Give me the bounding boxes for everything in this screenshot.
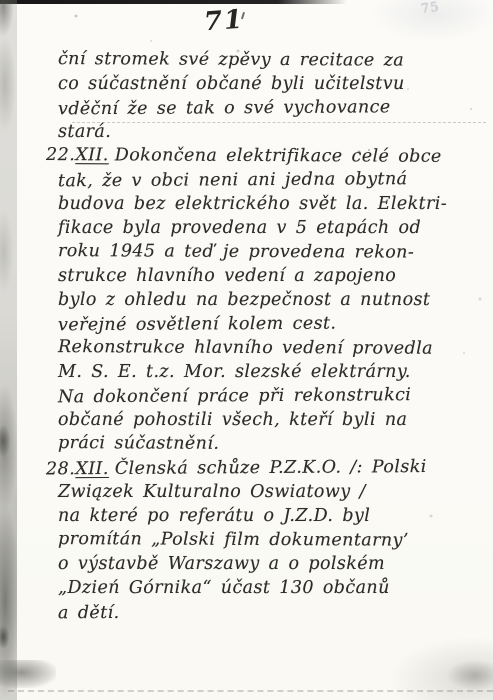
handwritten-line: budova bez elektrického svět la. Elektri… [58, 192, 483, 216]
entry-date-day: 28. [46, 459, 75, 479]
handwritten-line: co súčastnění občané byli učitelstvu [58, 72, 483, 96]
handwritten-line: „Dzień Górnika“ účast 130 občanů [58, 576, 483, 600]
handwritten-line: bylo z ohledu na bezpečnost a nutnost [58, 288, 483, 312]
handwritten-line: Rekonstrukce hlavního vedení provedla [58, 335, 483, 361]
handwritten-line: tak, že v obci neni ani jedna obytná [58, 167, 483, 194]
handwritten-line: Na dokončení práce při rekonstrukci [58, 383, 483, 410]
scan-edge-left [0, 0, 17, 700]
entry-date-month-roman: XII. [75, 459, 109, 479]
handwritten-line: práci súčastnění. [58, 431, 483, 457]
handwritten-line: Związek Kulturalno Oswiatowy / [58, 480, 483, 504]
handwritten-line: veřejné osvětlení kolem cest. [58, 311, 483, 338]
handwritten-line: občané pohostili všech, kteří byli na [58, 408, 483, 432]
handwritten-line: 28.XII.Členská schůze P.Z.K.O. /: Polski [46, 455, 483, 482]
scan-edge-top [0, 0, 347, 4]
entry-date-month-roman: XII. [75, 145, 109, 165]
handwritten-line: strukce hlavního vedení a zapojeno [58, 264, 483, 288]
handwritten-line: roku 1945 a teď je provedena rekon- [58, 239, 483, 265]
handwritten-text: ční stromek své zpěvy a recitace zaco sú… [58, 48, 483, 624]
scan-blotch-bottom-right [447, 660, 493, 690]
paper-specks [0, 0, 2, 2]
entry-date-day: 22. [46, 145, 75, 165]
handwritten-line: o výstavbě Warszawy a o polském [58, 552, 483, 576]
handwritten-line: vděční že se tak o své vychovance [58, 95, 483, 122]
handwritten-line: promítán „Polski film dokumentarny’ [58, 527, 483, 553]
handwritten-line: 22.XII.Dokončena elektrifikace celé obce [46, 143, 483, 169]
faint-ruled-line-bottom [8, 690, 493, 692]
handwritten-line: ční stromek své zpěvy a recitace za [58, 47, 483, 73]
handwritten-line: stará. [58, 120, 483, 144]
handwritten-line: fikace byla provedena v 5 etapách od [58, 216, 483, 240]
handwritten-line: a dětí. [58, 599, 483, 626]
corner-pencil-mark: 75 [420, 0, 440, 17]
scanned-page: 75 71 ční stromek své zpěvy a recitace z… [0, 0, 493, 700]
page-number: 71 [203, 5, 245, 38]
scan-blotch-bottom-left [0, 660, 56, 688]
handwritten-line: M. S. E. t.z. Mor. slezské elektrárny. [58, 360, 483, 384]
handwritten-line: na které po referátu o J.Z.D. byl [58, 504, 483, 528]
